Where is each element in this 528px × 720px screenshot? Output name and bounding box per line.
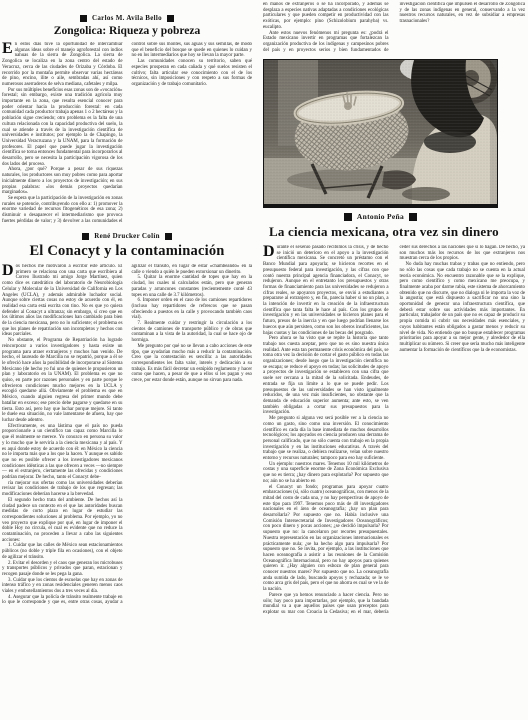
- article-paragraph: No duda hay muchas trabas y trabas que n…: [400, 262, 526, 353]
- article-paragraph: Dos hechos me motivaron a escribir este …: [2, 264, 123, 338]
- article-body-zongolica: En estos días tuve la oportunidad de int…: [2, 42, 252, 230]
- article-paragraph: Un ejemplo: nuestros mares. Tenemos 10 m…: [263, 462, 389, 485]
- article-paragraph: 5. Quitar la enorme cantidad de topes qu…: [132, 275, 253, 298]
- article-paragraph: el Conacyt un fondo; programas para apoy…: [263, 485, 389, 593]
- article-paragraph: Las comunidades conocen su territorio, s…: [132, 59, 253, 88]
- article-title-ciencia: La ciencia mexicana, otra vez sin dinero: [263, 224, 525, 239]
- newspaper-page: Carlos M. Avila Bello Zongolica: Riqueza…: [0, 0, 528, 720]
- byline-square-icon: [80, 15, 87, 22]
- article-paragraph: En estos días tuve la oportunidad de int…: [2, 42, 123, 88]
- byline-author-name: Carlos M. Avila Bello: [92, 14, 162, 22]
- article-paragraph: 6. Imponer orden en el caso de los camio…: [132, 298, 253, 321]
- byline-avila-bello: Carlos M. Avila Bello: [2, 14, 252, 22]
- article-paragraph: El segundo hecho trata del ambiente. De …: [2, 498, 123, 544]
- byline-square-icon: [82, 233, 89, 240]
- article-paragraph: 2. Evitar el desorden y el caos que gene…: [2, 561, 123, 578]
- byline-author-name: René Drucker Colín: [94, 232, 160, 240]
- caption-square-icon: [344, 213, 352, 221]
- halftone-photo: Antonio Peña: [263, 59, 498, 221]
- photo-caption: Antonio Peña: [263, 212, 498, 221]
- article-paragraph: 7. Realmente cuidar y restringir la circ…: [132, 321, 253, 344]
- article-body-conacyt: Dos hechos me motivaron a escribir este …: [2, 264, 252, 616]
- edge-vignette: [490, 60, 497, 204]
- byline-square-icon: [165, 233, 172, 240]
- article-title-conacyt: El Conacyt y la contaminación: [2, 243, 252, 259]
- left-page-column: Carlos M. Avila Bello Zongolica: Riqueza…: [2, 0, 252, 616]
- byline-square-icon: [167, 15, 174, 22]
- byline-drucker-colin: René Drucker Colín: [2, 232, 252, 240]
- article-paragraph: Efectivamente, es una lástima que el paí…: [2, 424, 123, 481]
- article-paragraph: Por sus múltiples beneficios esas zonas …: [2, 88, 123, 168]
- article-paragraph: Me pregunto si alguna vez será posible v…: [263, 416, 389, 462]
- photo-caption-text: Antonio Peña: [357, 212, 404, 221]
- article-paragraph: Ahora, ¿por qué? Porque a pesar de sus r…: [2, 167, 123, 196]
- photo-frame: [263, 59, 498, 208]
- article-paragraph: en manos de extranjeros o se ha incorpor…: [263, 2, 389, 31]
- right-page-column: en manos de extranjeros o se ha incorpor…: [263, 0, 525, 619]
- article-paragraph: Me pregunto por qué no se llevan a cabo …: [132, 344, 253, 384]
- article-paragraph: No obstante, el Programa de Repatriación…: [2, 338, 123, 424]
- article-paragraph: Pero ahora se ha visto que se repite la …: [263, 336, 389, 416]
- article-title-zongolica: Zongolica: Riqueza y pobreza: [2, 25, 252, 38]
- caption-square-icon: [409, 213, 417, 221]
- article-body-ciencia: Durante el sexenio pasado recibimos la c…: [263, 245, 525, 619]
- article-paragraph: ría mejorar sus ofertas como las univers…: [2, 481, 123, 498]
- photo-illustration: [264, 60, 497, 204]
- article-zongolica-continuation: en manos de extranjeros o se ha incorpor…: [263, 2, 525, 56]
- article-paragraph: 3. Cuidar que los cientos de escuelas qu…: [2, 578, 123, 595]
- scanline-overlay: [264, 60, 497, 204]
- article-paragraph: Durante el sexenio pasado recibimos la c…: [263, 245, 389, 336]
- article-paragraph: 1. Cuidar que las calles de México sean …: [2, 543, 123, 560]
